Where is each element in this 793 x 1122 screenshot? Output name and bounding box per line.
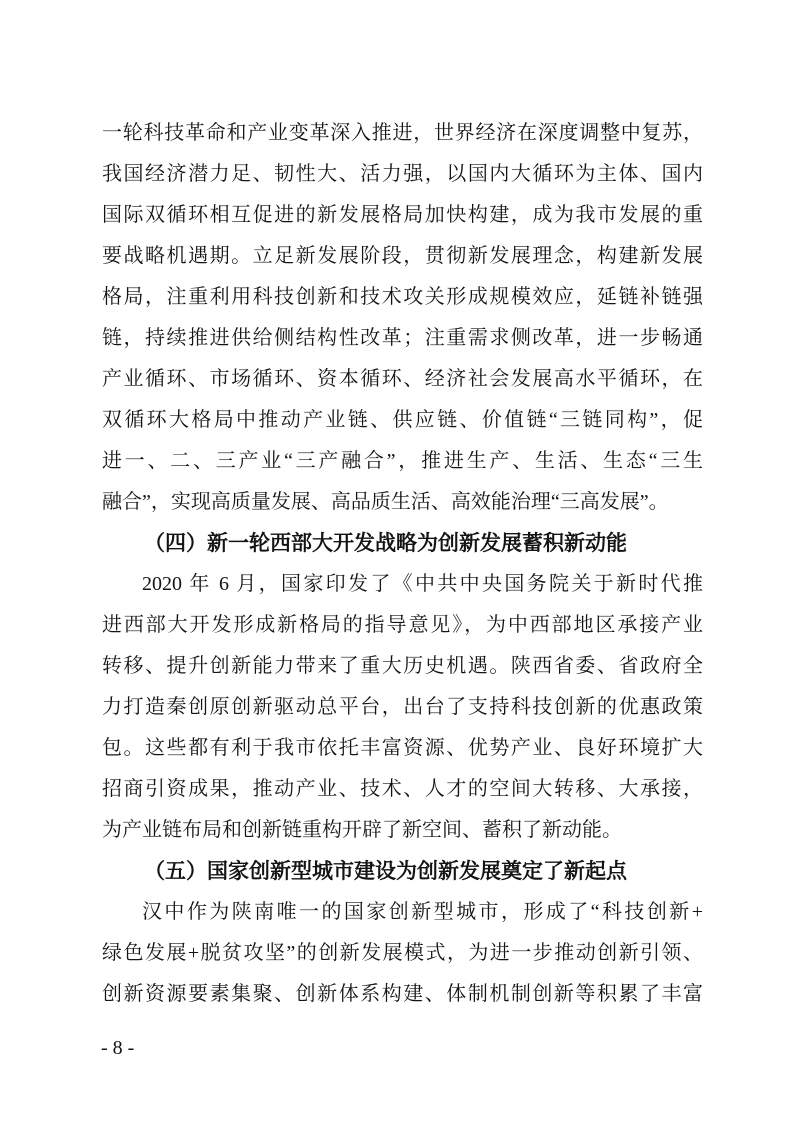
body-text-line: 为产业链布局和创新链重构开辟了新空间、蓄积了新动能。 (102, 810, 703, 851)
document-page: 一轮科技革命和产业变革深入推进，世界经济在深度调整中复苏， 我国经济潜力足、韧性… (0, 0, 793, 1122)
body-text-line: 国际双循环相互促进的新发展格局加快构建，成为我市发展的重 (102, 195, 703, 236)
body-text-line: 双循环大格局中推动产业链、供应链、价值链“三链同构”，促 (102, 400, 703, 441)
body-text-line: 绿色发展+脱贫攻坚”的创新发展模式，为进一步推动创新引领、 (102, 933, 703, 974)
page-number: - 8 - (101, 1036, 134, 1060)
body-text-line: 一轮科技革命和产业变革深入推进，世界经济在深度调整中复苏， (102, 113, 703, 154)
body-text-line: 进西部大开发形成新格局的指导意见》，为中西部地区承接产业 (102, 605, 703, 646)
section-heading-4: （四）新一轮西部大开发战略为创新发展蓄积新动能 (102, 523, 703, 564)
body-text-line: 链，持续推进供给侧结构性改革；注重需求侧改革，进一步畅通 (102, 318, 703, 359)
body-text-line: 进一、二、三产业“三产融合”，推进生产、生活、生态“三生 (102, 441, 703, 482)
body-text-line: 转移、提升创新能力带来了重大历史机遇。陕西省委、省政府全 (102, 646, 703, 687)
body-text-line: 招商引资成果，推动产业、技术、人才的空间大转移、大承接， (102, 769, 703, 810)
body-text-line: 汉中作为陕南唯一的国家创新型城市，形成了“科技创新+ (102, 892, 703, 933)
body-text-line: 融合”，实现高质量发展、高品质生活、高效能治理“三高发展”。 (102, 482, 703, 523)
body-text-line: 创新资源要素集聚、创新体系构建、体制机制创新等积累了丰富 (102, 974, 703, 1015)
body-text-line: 力打造秦创原创新驱动总平台，出台了支持科技创新的优惠政策 (102, 687, 703, 728)
body-text-line: 我国经济潜力足、韧性大、活力强，以国内大循环为主体、国内 (102, 154, 703, 195)
body-text-line: 包。这些都有利于我市依托丰富资源、优势产业、良好环境扩大 (102, 728, 703, 769)
section-heading-5: （五）国家创新型城市建设为创新发展奠定了新起点 (102, 851, 703, 892)
body-text-line: 2020 年 6 月，国家印发了《中共中央国务院关于新时代推 (102, 564, 703, 605)
page-content: 一轮科技革命和产业变革深入推进，世界经济在深度调整中复苏， 我国经济潜力足、韧性… (102, 113, 703, 1015)
body-text-line: 要战略机遇期。立足新发展阶段，贯彻新发展理念，构建新发展 (102, 236, 703, 277)
body-text-line: 格局，注重利用科技创新和技术攻关形成规模效应，延链补链强 (102, 277, 703, 318)
body-text-line: 产业循环、市场循环、资本循环、经济社会发展高水平循环，在 (102, 359, 703, 400)
